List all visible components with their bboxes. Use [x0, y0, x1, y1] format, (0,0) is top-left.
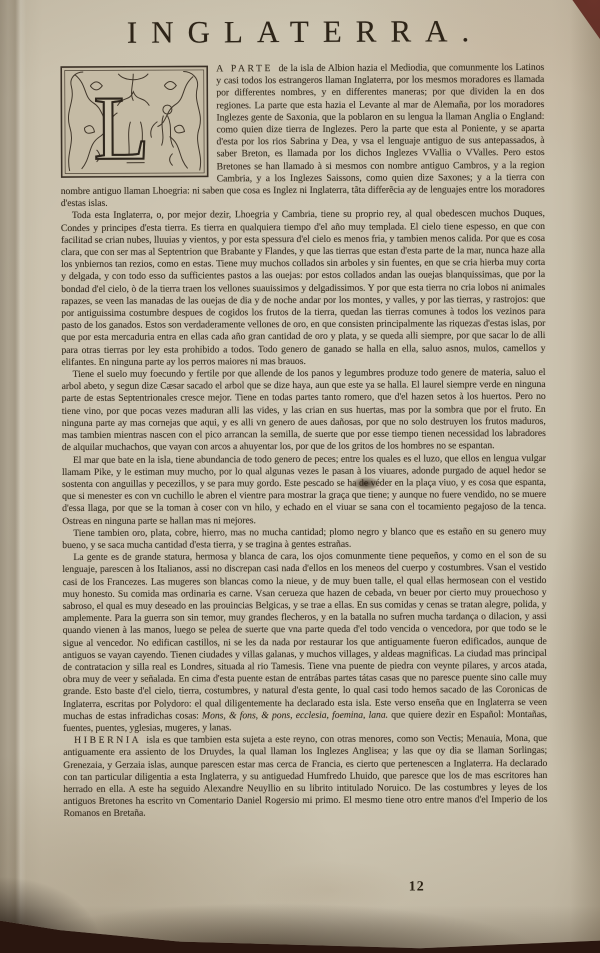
text-segment: HIBERNIA	[74, 735, 146, 746]
page-content: INGLATERRA.	[0, 0, 600, 953]
text-segment: A PARTE	[216, 63, 278, 74]
text-segment: El mar que bate en la isla, tiene abunda…	[62, 452, 546, 526]
text-segment: Tiene tambien oro, plata, cobre, hierro,…	[62, 526, 546, 551]
text-segment: Tiene el suelo muy foecundo y fertile po…	[62, 367, 546, 453]
ink-blot	[352, 477, 380, 490]
paragraph: Toda esta Inglaterra, o, por mejor dezir…	[61, 208, 546, 369]
paragraph: Tiene el suelo muy foecundo y fertile po…	[62, 367, 546, 455]
paragraph: La gente es de grande statura, hermosa y…	[62, 550, 547, 735]
text-segment: Mons, & fons, & pons, ecclesia, foemina,…	[202, 709, 388, 721]
text-segment: isla es que tambien esta sujeta a este r…	[63, 733, 547, 819]
paragraph: Tiene tambien oro, plata, cobre, hierro,…	[62, 526, 546, 553]
page-number: 12	[409, 879, 425, 895]
page-title: INGLATERRA.	[0, 13, 598, 52]
svg-text:L: L	[93, 77, 150, 178]
paragraph: HIBERNIA isla es que tambien esta sujeta…	[63, 733, 547, 821]
drop-cap-woodcut: L	[60, 65, 208, 178]
book-page: INGLATERRA.	[0, 0, 600, 953]
book-photo: INGLATERRA.	[0, 0, 600, 953]
woodcut-initial-icon: L	[60, 65, 208, 178]
page-body: L A PARTE de la isla de Albion hazia el …	[60, 62, 547, 821]
paragraph: El mar que bate en la isla, tiene abunda…	[62, 452, 546, 527]
text-segment: Toda esta Inglaterra, o, por mejor dezir…	[61, 208, 546, 368]
text-segment: La gente es de grande statura, hermosa y…	[62, 550, 547, 722]
